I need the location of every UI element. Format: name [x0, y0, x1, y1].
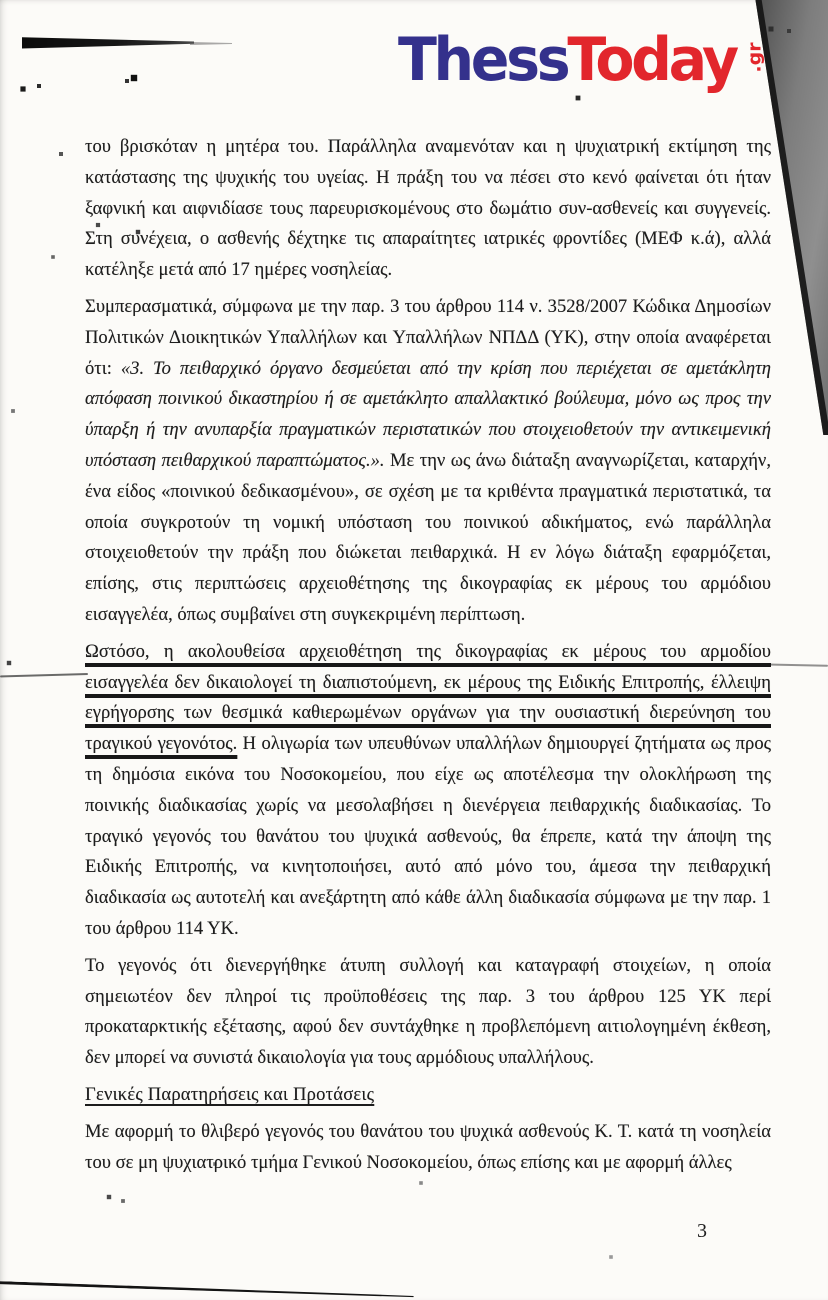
section-heading-text: Γενικές Παρατηρήσεις και Προτάσεις: [85, 1084, 374, 1105]
scan-smudge-artifact: [22, 36, 194, 49]
paragraph-4: Το γεγονός ότι διενεργήθηκε άτυπη συλλογ…: [85, 951, 771, 1074]
page-number: 3: [697, 1220, 707, 1243]
pen-scratch-left-margin: [0, 673, 88, 678]
section-heading: Γενικές Παρατηρήσεις και Προτάσεις: [85, 1080, 771, 1111]
paragraph-5: Με αφορμή το θλιβερό γεγονός του θανάτου…: [85, 1117, 771, 1179]
scan-noise-specks: [0, 0, 2, 2]
logo-text-thess: Thess: [398, 25, 567, 95]
scanned-document-page: ThessToday .gr του βρισκόταν η μητέρα το…: [0, 0, 828, 1300]
logo-text-today: Today: [567, 25, 736, 95]
paragraph-3-continuation: Η ολιγωρία των υπευθύνων υπαλλήλων δημιο…: [85, 733, 771, 939]
logo-text-gr: .gr: [747, 42, 765, 72]
paragraph-2-conclusion: Με την ως άνω διάταξη αναγνωρίζεται, κατ…: [85, 450, 771, 625]
paragraph-3: Ωστόσο, η ακολουθείσα αρχειοθέτηση της δ…: [85, 637, 771, 945]
thesstoday-logo: ThessToday .gr: [398, 30, 736, 90]
scan-smudge-tail-artifact: [190, 42, 232, 45]
document-text-block: του βρισκόταν η μητέρα του. Παράλληλα αν…: [85, 132, 771, 1184]
paragraph-1: του βρισκόταν η μητέρα του. Παράλληλα αν…: [85, 132, 771, 286]
page-bottom-edge-artifact: [0, 1281, 414, 1298]
paragraph-2: Συμπερασματικά, σύμφωνα με την παρ. 3 το…: [85, 292, 771, 631]
